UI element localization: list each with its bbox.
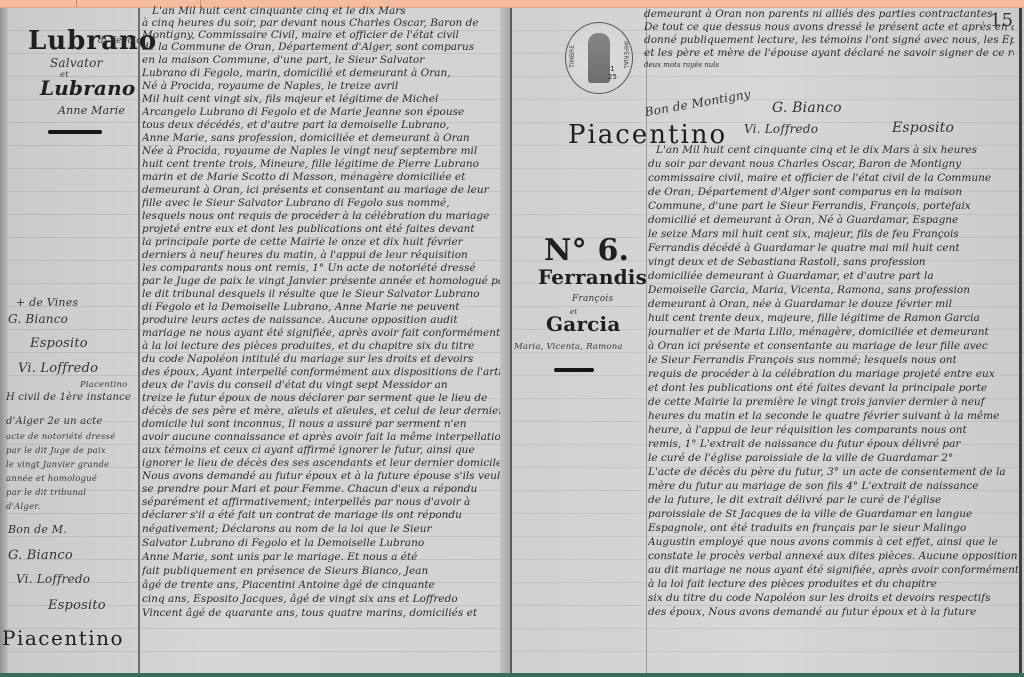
body-line: Vincent âgé de quarante ans, tous quatre… [142,606,500,620]
margin-bride-first-names: Anne Marie [58,104,125,117]
margin-surname-1-suffix: di Fegolo [98,36,142,46]
body-line: lesquels nous ont requis de procéder à l… [142,210,500,223]
body-line: ignorer le lieu de décès des ses ascenda… [142,457,500,470]
body-line: de la future, le dit extrait délivré par… [648,493,1018,507]
act-surname-2: Garcia [546,312,621,336]
stamp-value-1: 1 [610,65,614,73]
body-line: le curé de l'église paroissiale de la vi… [648,451,1018,465]
body-line: deux mots rayés nuls [644,60,1014,70]
body-line: et les père et mère de l'épouse ayant dé… [644,47,1014,60]
margin-signature: G. Bianco [8,548,73,563]
body-line: et dont les publications ont été faites … [648,381,1018,395]
body-line: derniers à neuf heures du matin, à l'app… [142,249,500,262]
body-line: déclarer s'il a été fait un contrat de m… [142,509,500,522]
stamp-label-right: IMPÉRIAL [622,41,629,69]
body-line: Commune, d'une part le Sieur Ferrandis, … [648,199,1018,213]
act-surname-1: Ferrandis [538,265,647,289]
body-line: tous deux décédés, et d'autre part la de… [142,119,500,132]
body-line: treize le futur époux de nous déclarer p… [142,392,500,405]
body-line: se prendre pour Mari et pour Femme. Chac… [142,483,500,496]
timbre-imperial-stamp: TIMBRE IMPÉRIAL 1 25 [565,22,633,94]
body-line: huit cent trente deux, majeure, fille lé… [648,311,1018,325]
margin-annotation-line: G. Bianco [8,312,68,326]
body-line: de la Commune de Oran, Département d'Alg… [142,41,500,54]
body-line: Arcangelo Lubrano di Fegolo et de Marie … [142,106,500,119]
body-line: à Oran ici présente et consentante au ma… [648,339,1018,353]
body-line: mariage ne nous ayant été signifiée, apr… [142,327,500,340]
body-line: avoir aucune connaissance et après avoir… [142,431,500,444]
body-line: cinq ans, Esposito Jacques, âgé de vingt… [142,592,500,606]
body-line: à la loi fait lecture des pièces produit… [648,577,1018,591]
body-line: commissaire civil, maire et officier de … [648,171,1018,185]
body-line: di Fegolo et la Demoiselle Lubrano, Anne… [142,301,500,314]
body-line: aux témoins et ceux ci ayant affirmé ign… [142,444,500,457]
right-act-body: L'an Mil huit cent cinquante cinq et le … [648,144,1018,619]
act-bride-first-names: Maria, Vicenta, Ramona [514,342,623,352]
body-line: Espagnole, ont été traduits en français … [648,521,1018,535]
signature-witness-1: G. Bianco [772,100,842,116]
page-right-edge [1019,8,1022,673]
toolbar-divider [76,0,77,7]
body-line: heures du matin et la seconde le quatre … [648,409,1018,423]
body-line: du soir par devant nous Charles Oscar, B… [648,157,1018,171]
body-line: au dit mariage ne nous ayant été signifi… [648,563,1018,577]
body-line: L'an Mil huit cent cinquante cinq et le … [142,6,500,17]
body-line: des époux, Ayant interpellé conformément… [142,366,500,379]
body-line: à cinq heures du soir, par devant nous C… [142,17,500,29]
margin-signature: Piacentino [2,626,124,650]
body-line: vingt deux et de Sebastiana Rastoll, san… [648,255,1018,269]
body-line: donné publiquement lecture, les témoins … [644,34,1014,47]
body-line: des époux, Nous avons demandé au futur é… [648,605,1018,619]
body-line: Né à Procida, royaume de Naples, le trei… [142,80,500,93]
body-line: domicilié et demeurant à Oran, Né à Guar… [648,213,1018,227]
act-heading-underline [554,368,594,372]
body-line: deux de l'avis du conseil d'état du ving… [142,379,500,392]
signature-witness-2: Vi. Loffredo [744,122,818,136]
margin-annotation-line: par le dit tribunal [6,488,86,498]
body-line: Anne Marie, sont unis par le mariage. Et… [142,550,500,564]
margin-heading-underline [48,130,102,134]
body-line: fait publiquement en présence de Sieurs … [142,564,500,578]
body-line: six du titre du code Napoléon sur les dr… [648,591,1018,605]
body-line: Montigny, Commissaire Civil, maire et of… [142,29,500,41]
body-line: demeurant à Oran non parents ni alliés d… [644,8,1014,21]
left-act-body: L'an Mil huit cent cinquante cinq et le … [142,6,500,620]
margin-signature: Esposito [48,598,106,613]
margin-annotation-line: + de Vines [16,296,78,309]
body-line: remis, 1° L'extrait de naissance du futu… [648,437,1018,451]
justice-figure-icon [588,33,610,83]
body-line: heure, à l'appui de leur réquisition les… [648,423,1018,437]
body-line: produire leurs actes de naissance. Aucun… [142,314,500,327]
margin-annotation-line: d'Alger 2e un acte [6,416,102,427]
margin-annotation-line: le vingt Janvier grande [6,460,109,470]
body-line: L'an Mil huit cent cinquante cinq et le … [648,144,1018,157]
body-line: L'acte de décès du père du futur, 3° un … [648,465,1018,479]
body-line: à la loi lecture des pièces produites, e… [142,340,500,353]
body-line: De tout ce que dessus nous avons dressé … [644,21,1014,34]
body-line: constate le procès verbal annexé aux dit… [648,549,1018,563]
viewer-bottom-strip [0,673,1024,677]
body-line: le Sieur Ferrandis François sus nommé; l… [648,353,1018,367]
body-line: négativement; Déclarons au nom de la loi… [142,522,500,536]
body-line: séparément et affirmativement; interpell… [142,496,500,509]
body-line: du code Napoléon intitulé du mariage sur… [142,353,500,366]
body-line: le seize Mars mil huit cent six, majeur,… [648,227,1018,241]
margin-signature: Bon de M. [8,523,67,536]
act-number: N° 6. [544,233,629,268]
body-line: en la maison Commune, d'une part, le Sie… [142,54,500,67]
margin-annotation-line: par le dit Juge de paix [6,446,106,456]
margin-groom-first-name: Salvator [50,56,103,70]
body-line: projeté entre eux et dont les publicatio… [142,223,500,236]
body-line: de Oran, Département d'Alger sont compar… [648,185,1018,199]
register-page-left: Lubrano di Fegolo Salvator et Lubrano An… [0,8,512,673]
body-line: paroissiale de St Jacques de la ville de… [648,507,1018,521]
body-line: Née à Procida, royaume de Naples le ving… [142,145,500,158]
body-line: Mil huit cent vingt six, fils majeur et … [142,93,500,106]
margin-surname-2: Lubrano [40,76,135,100]
body-line: journalier et de Maria Lillo, ménagère, … [648,325,1018,339]
register-page-right: 15 TIMBRE IMPÉRIAL 1 25 demeurant à Oran… [512,8,1024,673]
margin-annotation-line: année et homologué [6,474,97,484]
body-line: demeurant à Oran, née à Guardamar le dou… [648,297,1018,311]
body-line: domicile lui sont inconnus, Il nous a as… [142,418,500,431]
body-line: huit cent trente trois, Mineure, fille l… [142,158,500,171]
body-line: domiciliée demeurant à Guardamar, et d'a… [648,269,1018,283]
signature-officer: Bon de Montigny [644,87,752,119]
margin-annotation-line: H civil de 1ère instance [6,392,131,403]
stamp-value: 1 25 [608,65,617,81]
body-line: Anne Marie, sans profession, domiciliée … [142,132,500,145]
margin-annotation-line: Piacentino [80,380,128,390]
body-line: Ferrandis décédé à Guardamar le quatre m… [648,241,1018,255]
body-line: Demoiselle Garcia, Maria, Vicenta, Ramon… [648,283,1018,297]
body-line: âgé de trente ans, Piacentini Antoine âg… [142,578,500,592]
margin-signature: Vi. Loffredo [16,572,90,586]
stamp-label-left: TIMBRE [569,45,576,68]
body-line: décès de ses père et mère, aïeuls et aïe… [142,405,500,418]
body-line: les comparants nous ont remis, 1° Un act… [142,262,500,275]
body-line: mère du futur au mariage de son fils 4° … [648,479,1018,493]
body-line: le dit tribunal desquels il résulte que … [142,288,500,301]
margin-annotation-line: d'Alger. [6,502,41,512]
body-line: Lubrano di Fegolo, marin, domicilié et d… [142,67,500,80]
body-line: Salvator Lubrano di Fegolo et la Demoise… [142,536,500,550]
body-line: fille avec le Sieur Salvator Lubrano di … [142,197,500,210]
body-line: Nous avons demandé au futur époux et à l… [142,470,500,483]
body-line: Augustin employé que nous avons commis à… [648,535,1018,549]
body-line: marin et de Marie Scotto di Masson, ména… [142,171,500,184]
body-line: requis de procéder à la célébration du m… [648,367,1018,381]
body-line: la principale porte de cette Mairie le o… [142,236,500,249]
right-prior-act-closing: demeurant à Oran non parents ni alliés d… [644,8,1014,70]
margin-annotation-line: Esposito [30,336,88,351]
margin-annotation-line: Vi. Loffredo [18,361,98,376]
signature-witness-3: Esposito [892,120,954,136]
page-binding-edge [0,8,8,673]
body-line: de cette Mairie la première le vingt tro… [648,395,1018,409]
body-line: par le Juge de paix le vingt Janvier pré… [142,275,500,288]
margin-rule-left [138,8,140,673]
margin-annotation-line: acte de notoriété dressé [6,432,115,442]
act-groom-first-name: François [572,294,613,304]
stamp-value-2: 25 [608,73,617,81]
body-line: demeurant à Oran, ici présents et consen… [142,184,500,197]
